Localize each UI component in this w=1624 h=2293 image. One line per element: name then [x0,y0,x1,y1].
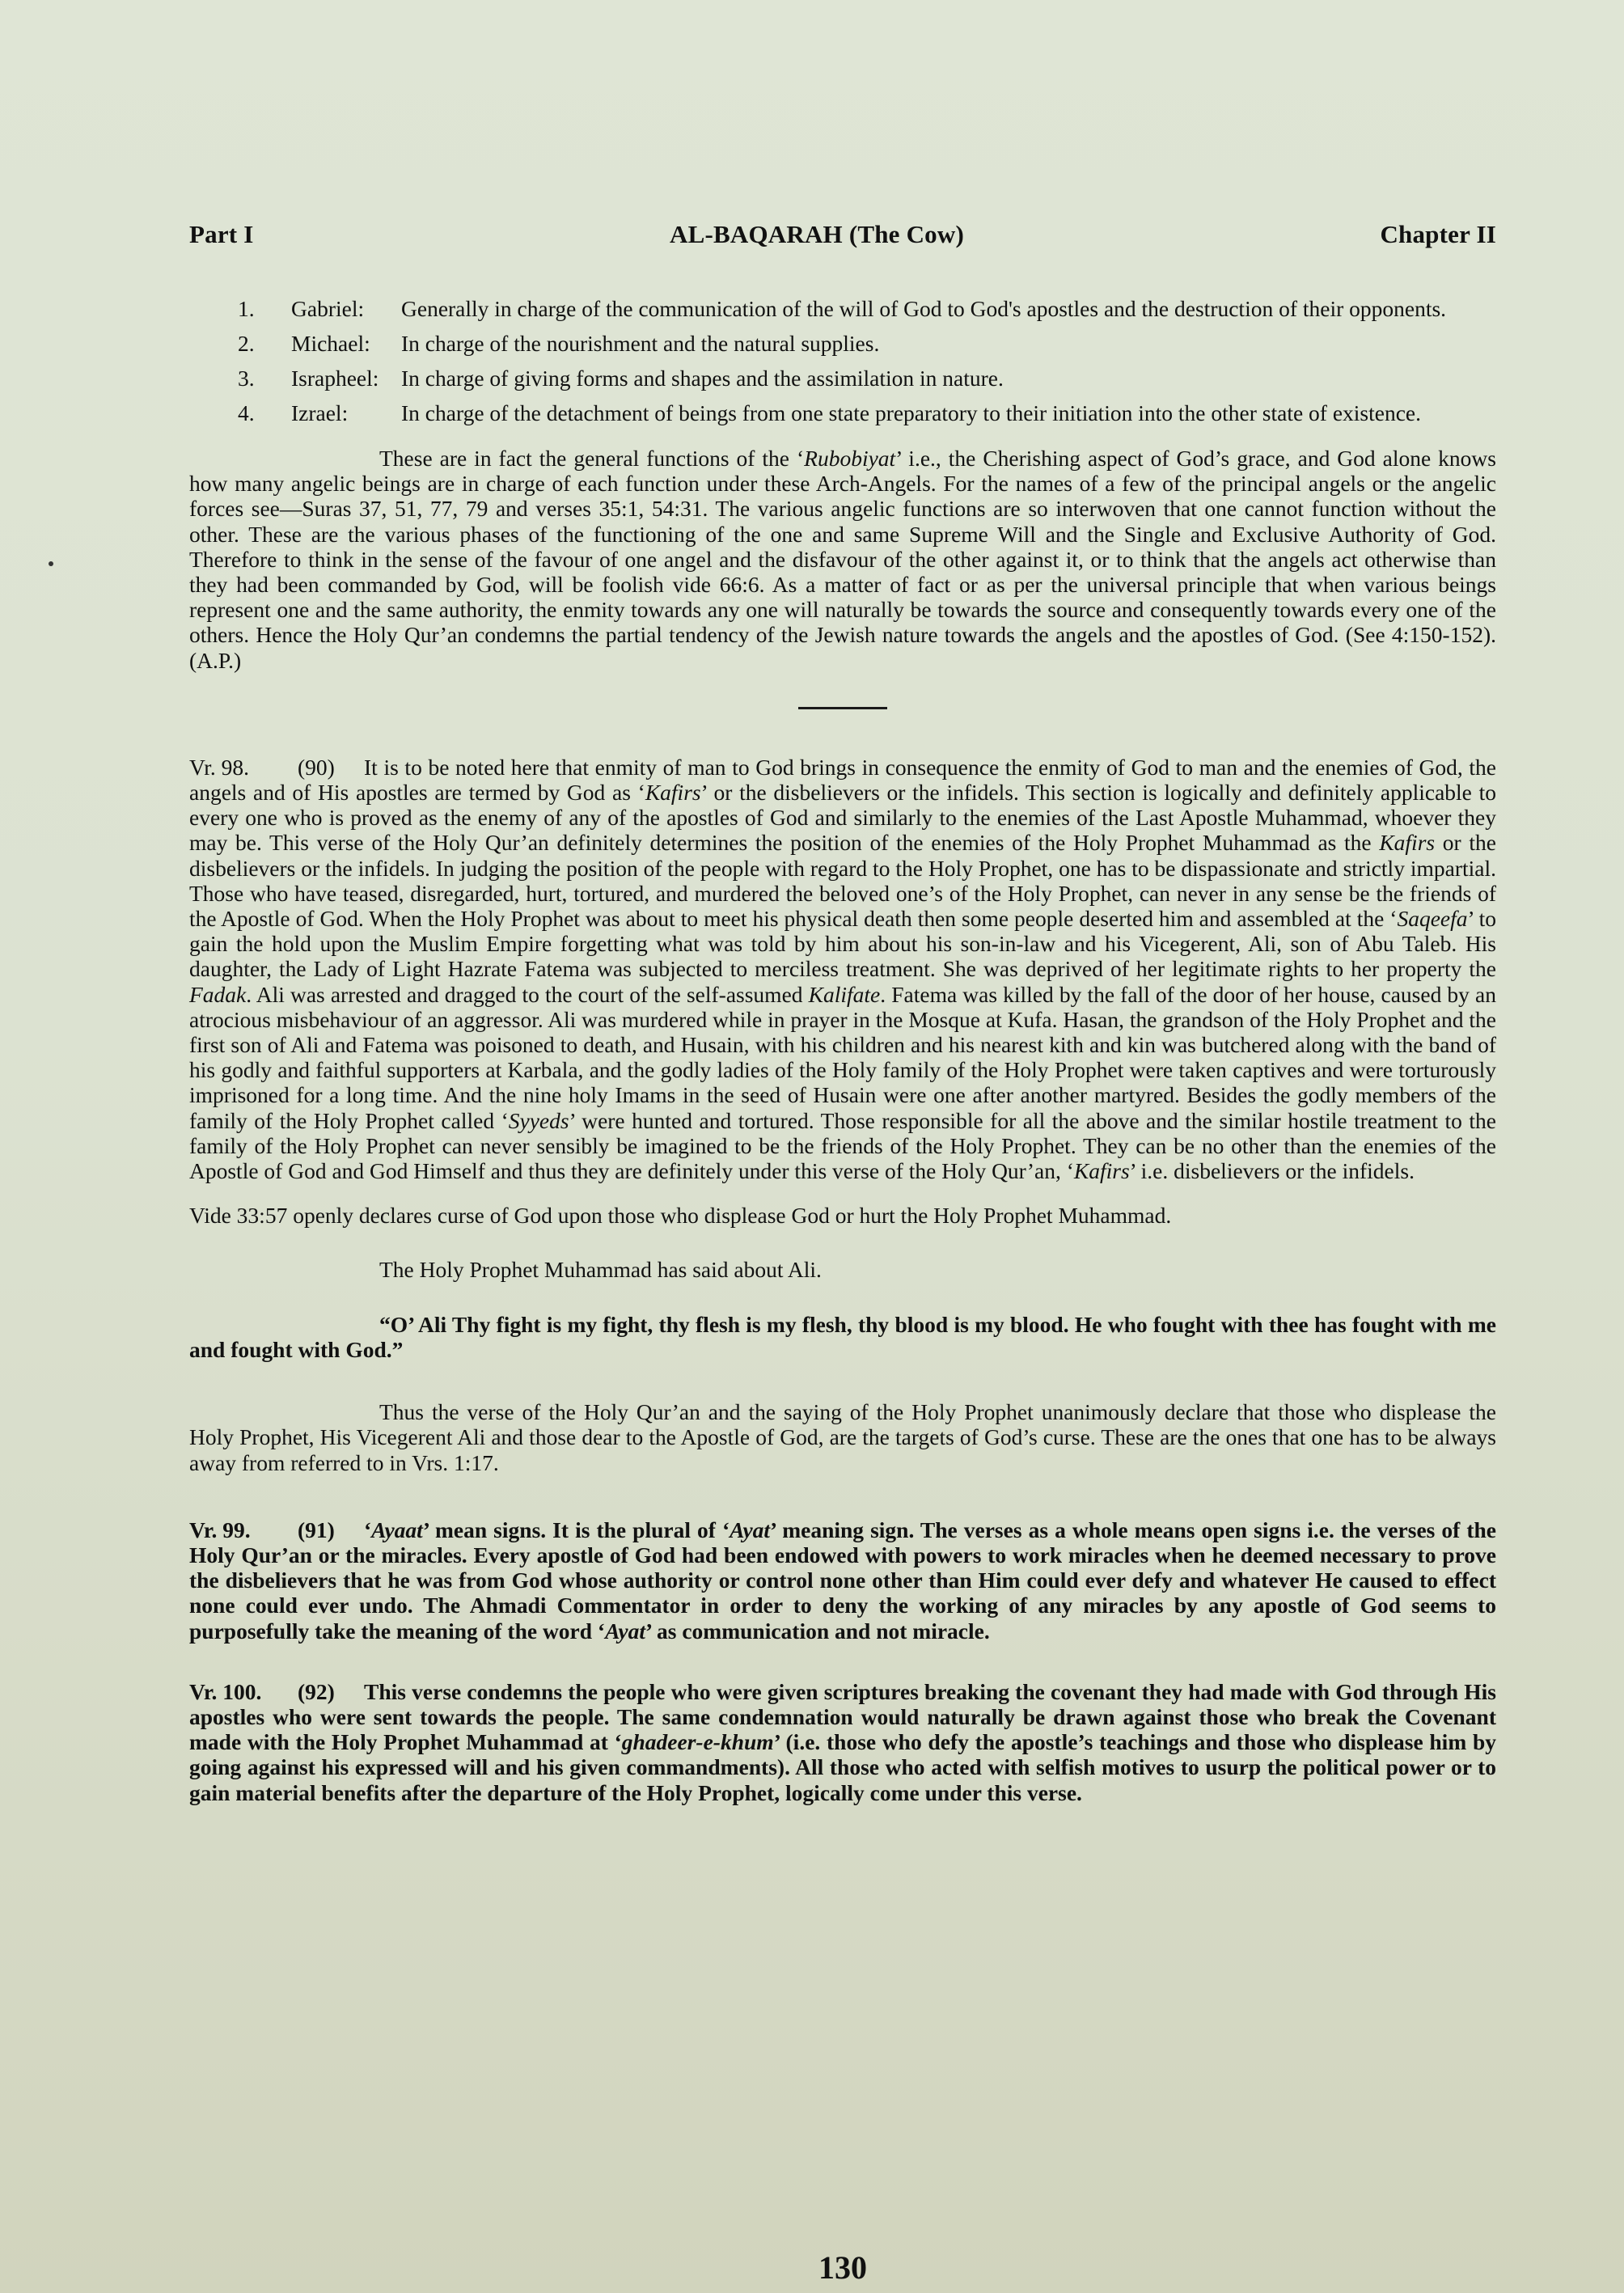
verse-ref: Vr. 98. [189,755,298,780]
verse-number: (90) [298,755,364,780]
angel-name: Michael: [291,331,401,357]
archangel-list: 1. Gabriel: Generally in charge of the c… [189,296,1496,426]
list-number: 2. [189,331,291,357]
document-page: Part I AL-BAQARAH (The Cow) Chapter II 1… [189,220,1496,1805]
verse-ref: Vr. 99. [189,1517,298,1542]
list-item: 1. Gabriel: Generally in charge of the c… [189,296,1496,322]
angel-description: In charge of giving forms and shapes and… [401,366,1496,391]
header-chapter: Chapter II [1380,220,1496,249]
verse-ref: Vr. 100. [189,1679,298,1704]
page-number: 130 [189,2249,1496,2287]
angel-description: Generally in charge of the communication… [401,296,1496,322]
header-part: Part I [189,220,254,249]
vide-reference: Vide 33:57 openly declares curse of God … [189,1203,1496,1228]
verse-number: (92) [298,1679,364,1704]
header-surah-title: AL-BAQARAH (The Cow) [670,220,964,249]
prophet-saying-quote: “O’ Ali Thy fight is my fight, thy flesh… [189,1312,1496,1362]
list-number: 1. [189,296,291,322]
angel-description: In charge of the nourishment and the nat… [401,331,1496,357]
angel-name: Izrael: [291,400,401,426]
italic-term: Rubobiyat [804,446,895,471]
saying-intro: The Holy Prophet Muhammad has said about… [189,1257,1496,1282]
conclusion-paragraph: Thus the verse of the Holy Qur’an and th… [189,1399,1496,1475]
list-number: 4. [189,400,291,426]
angel-name: Israpheel: [291,366,401,391]
paper-speck [49,561,53,566]
verse-number: (91) [298,1517,364,1542]
angelic-functions-note: These are in fact the general functions … [189,446,1496,673]
list-item: 2. Michael: In charge of the nourishment… [189,331,1496,357]
running-header: Part I AL-BAQARAH (The Cow) Chapter II [189,220,1496,252]
section-separator [798,707,887,709]
verse-98-commentary: Vr. 98.(90)It is to be noted here that e… [189,755,1496,1183]
verse-100-commentary: Vr. 100.(92)This verse condemns the peop… [189,1679,1496,1805]
angel-name: Gabriel: [291,296,401,322]
list-item: 3. Israpheel: In charge of giving forms … [189,366,1496,391]
angel-description: In charge of the detachment of beings fr… [401,400,1496,426]
list-item: 4. Izrael: In charge of the detachment o… [189,400,1496,426]
list-number: 3. [189,366,291,391]
verse-99-commentary: Vr. 99.(91)‘Ayaat’ mean signs. It is the… [189,1517,1496,1644]
